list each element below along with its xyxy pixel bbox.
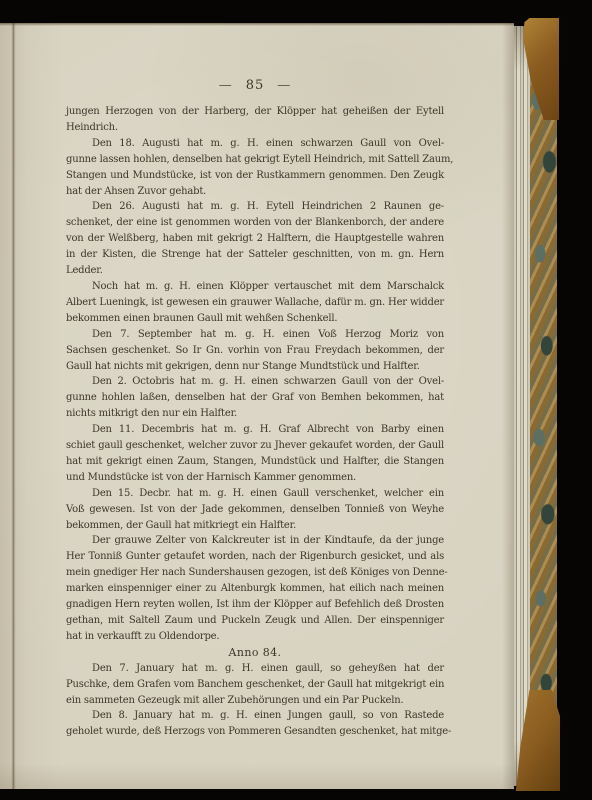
text-line: Voß gewesen. Ist von der Jade gekommen, …: [66, 502, 444, 518]
paragraph: Den 8. January hat m. g. H. einen Jungen…: [66, 708, 444, 740]
text-line: schiet gaull geschenket, welcher zuvor z…: [66, 438, 444, 454]
text-line: gunne hohlen laßen, denselben hat der Gr…: [66, 390, 444, 406]
paragraph: Den 7. September hat m. g. H. einen Voß …: [66, 327, 444, 375]
text-line: marken einspenniger einer zu Altenburgk …: [66, 581, 444, 597]
book-page: —85— jungen Herzogen von der Harberg, de…: [0, 23, 514, 789]
text-line: Den 26. Augusti hat m. g. H. Eytell Hein…: [66, 199, 444, 215]
text-line: Den 18. Augusti hat m. g. H. einen schwa…: [66, 136, 444, 152]
text-line: Den 8. January hat m. g. H. einen Jungen…: [66, 708, 444, 724]
paragraph: Den 2. Octobris hat m. g. H. einen schwa…: [66, 374, 444, 422]
header-dash-right: —: [277, 78, 291, 93]
text-line: hat in verkaufft zu Oldendorpe.: [66, 629, 444, 645]
text-line: Den 7. September hat m. g. H. einen Voß …: [66, 327, 444, 343]
text-line: mein gnediger Her nach Sundershausen gez…: [66, 565, 444, 581]
text-line: Den 2. Octobris hat m. g. H. einen schwa…: [66, 374, 444, 390]
text-line: jungen Herzogen von der Harberg, der Klö…: [66, 104, 444, 120]
text-line: ein sammeten Gezeugk mit aller Zubehörun…: [66, 693, 444, 709]
text-line: und Mundstücke ist von der Harnisch Kamm…: [66, 470, 444, 486]
page-number: 85: [246, 78, 265, 93]
text-line: Stangen und Mundstücke, ist von der Rust…: [66, 168, 444, 184]
text-line: nichts mitkrigt den nur ein Halfter.: [66, 406, 444, 422]
scanned-book-photo: —85— jungen Herzogen von der Harberg, de…: [0, 0, 592, 800]
text-line: Der grauwe Zelter von Kalckreuter ist in…: [66, 533, 444, 549]
paragraph: Den 11. Decembris hat m. g. H. Graf Albr…: [66, 422, 444, 486]
text-line: von der Welßberg, haben mit gekrigt 2 Ha…: [66, 231, 444, 247]
text-line: Heindrich.: [66, 120, 444, 136]
text-line: Her Tonniß Gunter getaufet worden, nach …: [66, 549, 444, 565]
page-fore-edge-stack: [514, 26, 532, 786]
text-line: Den 15. Decbr. hat m. g. H. einen Gaull …: [66, 486, 444, 502]
paragraph: Der grauwe Zelter von Kalckreuter ist in…: [66, 533, 444, 644]
text-line: hat der Ahsen Zuvor gehabt.: [66, 184, 444, 200]
paragraph: Den 15. Decbr. hat m. g. H. einen Gaull …: [66, 486, 444, 534]
paragraph: jungen Herzogen von der Harberg, der Klö…: [66, 104, 444, 136]
text-line: in der Kisten, die Strenge hat der Satte…: [66, 247, 444, 263]
paragraph: Den 7. January hat m. g. H. einen gaull,…: [66, 661, 444, 709]
text-line: gunne lassen hohlen, denselben hat gekri…: [66, 152, 444, 168]
text-line: geholet wurde, deß Herzogs von Pommeren …: [66, 724, 444, 740]
text-line: Albert Lueningk, ist gewesen ein grauwer…: [66, 295, 444, 311]
text-line: gethan, mit Saltell Zaum und Puckeln Zeu…: [66, 613, 444, 629]
text-line: Gaull hat nichts mit gekrigen, denn nur …: [66, 359, 444, 375]
text-line: hat mit gekrigt einen Zaum, Stangen, Mun…: [66, 454, 444, 470]
header-dash-left: —: [219, 78, 233, 93]
text-line: gnadigen Hern reyten wollen, Ist ihm der…: [66, 597, 444, 613]
text-line: Anno 84.: [66, 645, 444, 661]
page-header: —85—: [66, 78, 444, 93]
text-line: Puschke, dem Grafen vom Banchem geschenk…: [66, 677, 444, 693]
text-line: Den 7. January hat m. g. H. einen gaull,…: [66, 661, 444, 677]
text-line: Ledder.: [66, 263, 444, 279]
text-line: Den 11. Decembris hat m. g. H. Graf Albr…: [66, 422, 444, 438]
text-line: Noch hat m. g. H. einen Klöpper vertausc…: [66, 279, 444, 295]
marbled-board-edge: [530, 24, 557, 790]
section-heading: Anno 84.: [66, 645, 444, 661]
text-line: bekommen, der Gaull hat mitkriegt ein Ha…: [66, 518, 444, 534]
text-line: Sachsen geschenket. So Ir Gn. vorhin von…: [66, 343, 444, 359]
text-line: schenket, der eine ist genommen worden v…: [66, 215, 444, 231]
text-block: jungen Herzogen von der Harberg, der Klö…: [66, 104, 444, 740]
paragraph: Noch hat m. g. H. einen Klöpper vertausc…: [66, 279, 444, 327]
page-gutter-crease: [11, 23, 16, 789]
paragraph: Den 18. Augusti hat m. g. H. einen schwa…: [66, 136, 444, 200]
paragraph: Den 26. Augusti hat m. g. H. Eytell Hein…: [66, 199, 444, 279]
text-line: bekommen einen braunen Gaull mit wehßen …: [66, 311, 444, 327]
